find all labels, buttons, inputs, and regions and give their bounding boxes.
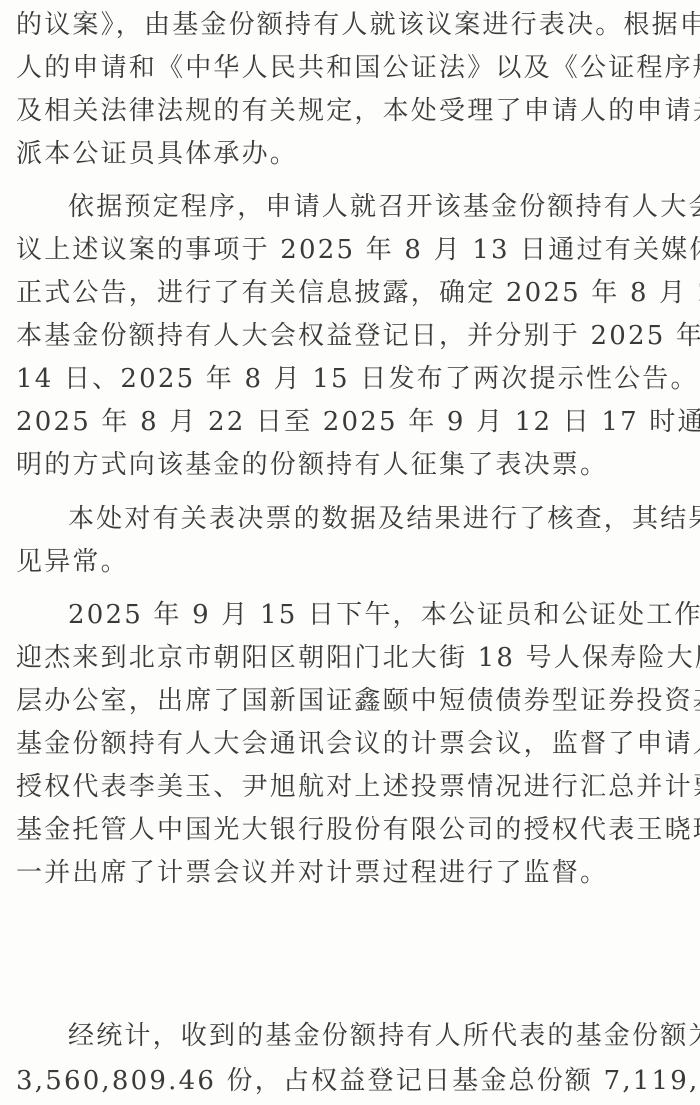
text-line: 一并出席了计票会议并对计票过程进行了监督。 — [16, 850, 686, 896]
text-line: 层办公室，出席了国新国证鑫颐中短债债券型证券投资基金 — [16, 678, 686, 724]
text-line: 明的方式向该基金的份额持有人征集了表决票。 — [16, 442, 686, 488]
paragraph-start-line: 经统计，收到的基金份额持有人所代表的基金份额为 — [16, 1013, 686, 1059]
paragraph-start-line: 本处对有关表决票的数据及结果进行了核查，其结果未 — [16, 496, 686, 542]
text-line: 迎杰来到北京市朝阳区朝阳门北大街 18 号人保寿险大厦 11 — [16, 635, 686, 681]
paragraph-start-line: 依据预定程序，申请人就召开该基金份额持有人大会审 — [16, 184, 686, 230]
text-line: 见异常。 — [16, 539, 686, 585]
text-line: 本基金份额持有人大会权益登记日，并分别于 2025 年 8 月 — [16, 313, 686, 359]
text-line: 基金份额持有人大会通讯会议的计票会议，监督了申请人的 — [16, 721, 686, 767]
text-line: 派本公证员具体承办。 — [16, 131, 686, 177]
text-line: 议上述议案的事项于 2025 年 8 月 13 日通过有关媒体发布了 — [16, 227, 686, 273]
text-line: 人的申请和《中华人民共和国公证法》以及《公证程序规则》 — [16, 45, 686, 91]
text-line: 3,560,809.46 份，占权益登记日基金总份额 7,119,698.12 — [16, 1058, 686, 1104]
text-line: 基金托管人中国光大银行股份有限公司的授权代表王晓琛 — [16, 807, 686, 853]
text-line: 2025 年 8 月 22 日至 2025 年 9 月 12 日 17 时通过上… — [16, 399, 686, 445]
text-line: 14 日、2025 年 8 月 15 日发布了两次提示性公告。申请人于 — [16, 356, 686, 402]
text-line: 及相关法律法规的有关规定，本处受理了申请人的申请并指 — [16, 88, 686, 134]
text-line: 正式公告，进行了有关信息披露，确定 2025 年 8 月 22 日为 — [16, 270, 686, 316]
text-line: 的议案》，由基金份额持有人就该议案进行表决。根据申请 — [16, 2, 686, 48]
document-page: 的议案》，由基金份额持有人就该议案进行表决。根据申请 人的申请和《中华人民共和国… — [0, 0, 700, 1105]
paragraph-start-line: 2025 年 9 月 15 日下午，本公证员和公证处工作人员赵 — [16, 592, 686, 638]
text-line: 授权代表李美玉、尹旭航对上述投票情况进行汇总并计票， — [16, 764, 686, 810]
